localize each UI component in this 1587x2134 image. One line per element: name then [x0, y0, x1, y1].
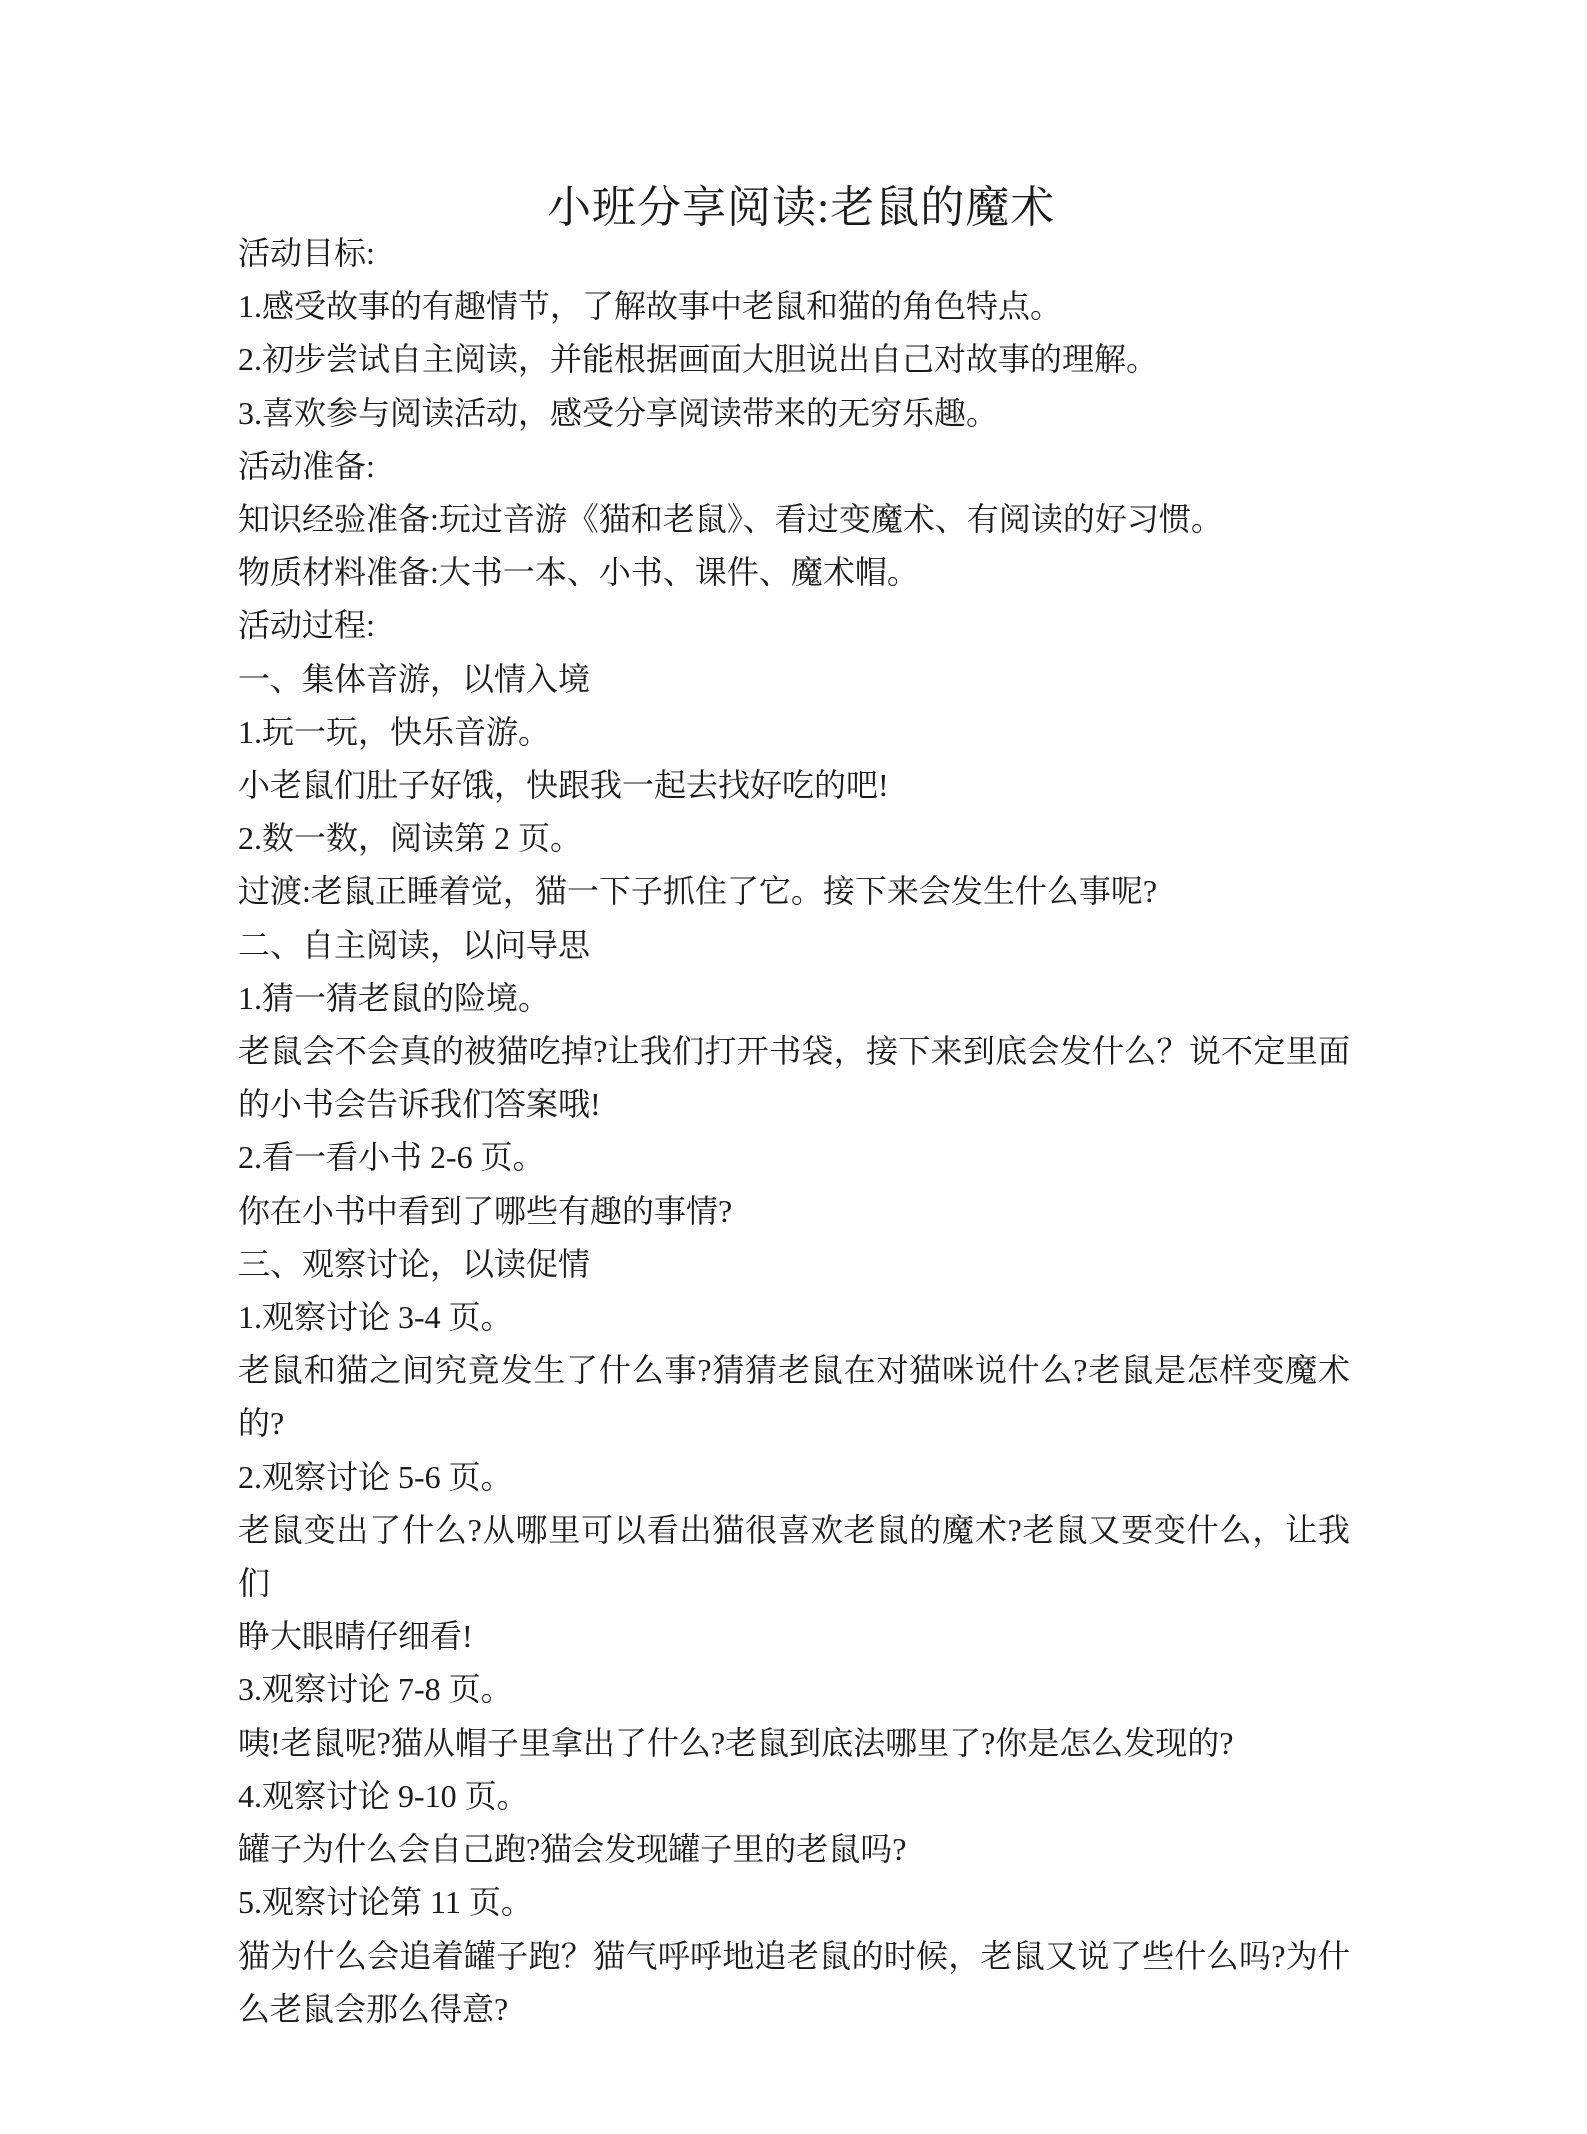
text-line: 5.观察讨论第 11 页。 — [238, 1876, 1350, 1929]
text-line: 一、集体音游，以情入境 — [238, 653, 1350, 706]
text-line: 2.看一看小书 2-6 页。 — [238, 1131, 1350, 1184]
text-line: 二、自主阅读，以问导思 — [238, 919, 1350, 972]
text-line: 么老鼠会那么得意? — [238, 1983, 1350, 2036]
text-line: 咦!老鼠呢?猫从帽子里拿出了什么?老鼠到底法哪里了?你是怎么发现的? — [238, 1717, 1350, 1770]
text-line: 活动目标: — [238, 227, 1350, 280]
text-line: 小老鼠们肚子好饿，快跟我一起去找好吃的吧! — [238, 759, 1350, 812]
text-line: 你在小书中看到了哪些有趣的事情? — [238, 1185, 1350, 1238]
text-line: 3.喜欢参与阅读活动，感受分享阅读带来的无穷乐趣。 — [238, 387, 1350, 440]
text-line: 2.数一数，阅读第 2 页。 — [238, 812, 1350, 865]
text-line: 活动过程: — [238, 599, 1350, 652]
document-body: 活动目标:1.感受故事的有趣情节，了解故事中老鼠和猫的角色特点。2.初步尝试自主… — [238, 227, 1350, 2036]
text-line: 活动准备: — [238, 440, 1350, 493]
text-line: 睁大眼睛仔细看! — [238, 1610, 1350, 1663]
text-line: 老鼠会不会真的被猫吃掉?让我们打开书袋，接下来到底会发什么？说不定里面 — [238, 1025, 1350, 1078]
text-line: 知识经验准备:玩过音游《猫和老鼠》、看过变魔术、有阅读的好习惯。 — [238, 493, 1350, 546]
text-line: 猫为什么会追着罐子跑？猫气呼呼地追老鼠的时候，老鼠又说了些什么吗?为什 — [238, 1930, 1350, 1983]
text-line: 2.观察讨论 5-6 页。 — [238, 1451, 1350, 1504]
text-line: 3.观察讨论 7-8 页。 — [238, 1663, 1350, 1716]
text-line: 1.观察讨论 3-4 页。 — [238, 1291, 1350, 1344]
text-line: 老鼠和猫之间究竟发生了什么事?猜猜老鼠在对猫咪说什么?老鼠是怎样变魔术 — [238, 1344, 1350, 1397]
text-line: 2.初步尝试自主阅读，并能根据画面大胆说出自己对故事的理解。 — [238, 333, 1350, 386]
text-line: 1.猜一猜老鼠的险境。 — [238, 972, 1350, 1025]
text-line: 过渡:老鼠正睡着觉，猫一下子抓住了它。接下来会发生什么事呢? — [238, 865, 1350, 918]
text-line: 的小书会告诉我们答案哦! — [238, 1078, 1350, 1131]
text-line: 的? — [238, 1397, 1350, 1450]
text-line: 4.观察讨论 9-10 页。 — [238, 1770, 1350, 1823]
text-line: 1.感受故事的有趣情节，了解故事中老鼠和猫的角色特点。 — [238, 280, 1350, 333]
text-line: 老鼠变出了什么?从哪里可以看出猫很喜欢老鼠的魔术?老鼠又要变什么，让我们 — [238, 1504, 1350, 1610]
text-line: 物质材料准备:大书一本、小书、课件、魔术帽。 — [238, 546, 1350, 599]
text-line: 罐子为什么会自己跑?猫会发现罐子里的老鼠吗? — [238, 1823, 1350, 1876]
document-page: 小班分享阅读:老鼠的魔术 活动目标:1.感受故事的有趣情节，了解故事中老鼠和猫的… — [0, 0, 1587, 2134]
text-line: 1.玩一玩，快乐音游。 — [238, 706, 1350, 759]
text-line: 三、观察讨论，以读促情 — [238, 1238, 1350, 1291]
